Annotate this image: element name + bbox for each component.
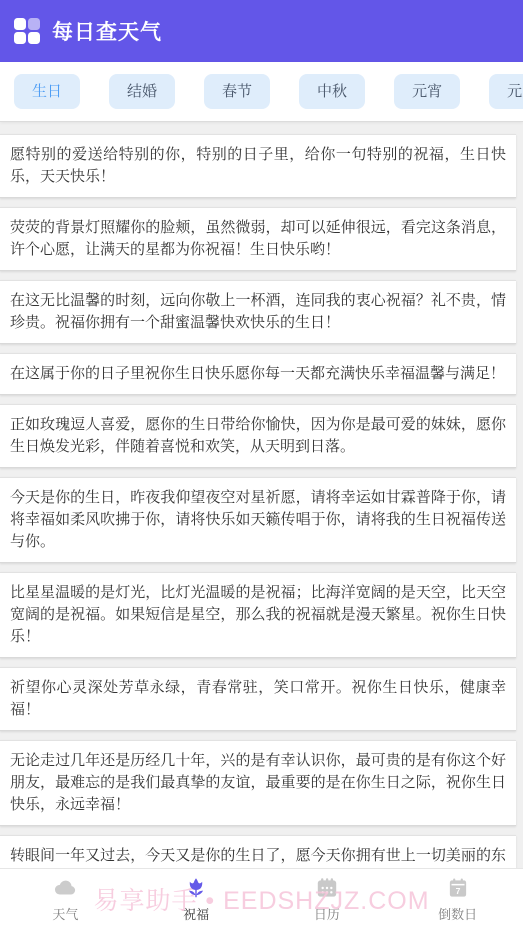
message-card[interactable]: 今天是你的生日，昨夜我仰望夜空对星祈愿，请将幸运如甘霖普降于你，请将幸福如柔风吹…	[0, 477, 516, 563]
message-card[interactable]: 转眼间一年又过去，今天又是你的生日了，愿今天你拥有世上一切美丽的东西，来年生日更…	[0, 835, 516, 868]
bottom-tab-bar: 天气 祝福	[0, 868, 523, 929]
message-card[interactable]: 愿特别的爱送给特别的你，特别的日子里，给你一句特别的祝福，生日快乐，天天快乐！	[0, 134, 516, 198]
message-text: 今天是你的生日，昨夜我仰望夜空对星祈愿，请将幸运如甘霖普降于你，请将幸福如柔风吹…	[10, 487, 506, 553]
message-card[interactable]: 在这属于你的日子里祝你生日快乐愿你每一天都充满快乐幸福温馨与满足！	[0, 353, 516, 395]
message-card[interactable]: 比星星温暖的是灯光，比灯光温暖的是祝福；比海洋宽阔的是天空，比天空宽阔的是祝福。…	[0, 572, 516, 658]
tab-weather[interactable]: 天气	[20, 875, 110, 923]
calendar-icon	[314, 875, 340, 901]
message-card[interactable]: 正如玫瑰逗人喜爱，愿你的生日带给你愉快，因为你是最可爱的妹妹，愿你生日焕发光彩，…	[0, 404, 516, 468]
message-card[interactable]: 祈望你心灵深处芳草永绿，青春常驻，笑口常开。祝你生日快乐，健康幸福！	[0, 667, 516, 731]
app-root: 每日查天气 生日 结婚 春节 中秋 元宵 元旦 愿特别的爱送给特别的你，特别的日…	[0, 0, 523, 929]
message-cards-container: 愿特别的爱送给特别的你，特别的日子里，给你一句特别的祝福，生日快乐，天天快乐！ …	[0, 122, 523, 868]
tab-countdown[interactable]: 7 倒数日	[413, 875, 503, 923]
tulip-icon	[183, 875, 209, 901]
message-card[interactable]: 在这无比温馨的时刻，远向你敬上一杯酒，连同我的衷心祝福？礼不贵，情珍贵。祝福你拥…	[0, 280, 516, 344]
cloud-icon	[52, 875, 78, 901]
tab-label: 日历	[314, 904, 340, 923]
message-text: 转眼间一年又过去，今天又是你的生日了，愿今天你拥有世上一切美丽的东西，来年生日更…	[10, 845, 506, 868]
message-text: 比星星温暖的是灯光，比灯光温暖的是祝福；比海洋宽阔的是天空，比天空宽阔的是祝福。…	[10, 582, 506, 648]
message-list: 愿特别的爱送给特别的你，特别的日子里，给你一句特别的祝福，生日快乐，天天快乐！ …	[0, 122, 523, 868]
message-text: 在这无比温馨的时刻，远向你敬上一杯酒，连同我的衷心祝福？礼不贵，情珍贵。祝福你拥…	[10, 290, 506, 334]
message-text: 愿特别的爱送给特别的你，特别的日子里，给你一句特别的祝福，生日快乐，天天快乐！	[10, 144, 506, 188]
category-tab-lantern[interactable]: 元宵	[394, 74, 460, 109]
category-tab-birthday[interactable]: 生日	[14, 74, 80, 109]
tab-calendar[interactable]: 日历	[282, 875, 372, 923]
message-text: 无论走过几年还是历经几十年，兴的是有幸认识你，最可贵的是有你这个好朋友，最难忘的…	[10, 750, 506, 816]
tab-label: 天气	[52, 904, 78, 923]
message-text: 正如玫瑰逗人喜爱，愿你的生日带给你愉快，因为你是最可爱的妹妹，愿你生日焕发光彩，…	[10, 414, 506, 458]
message-text: 祈望你心灵深处芳草永绿，青春常驻，笑口常开。祝你生日快乐，健康幸福！	[10, 677, 506, 721]
app-title: 每日查天气	[52, 16, 162, 46]
category-tab-spring-festival[interactable]: 春节	[204, 74, 270, 109]
tab-blessings[interactable]: 祝福	[151, 875, 241, 923]
tab-label: 祝福	[183, 904, 209, 923]
countdown-calendar-icon: 7	[445, 875, 471, 901]
category-tab-new-year[interactable]: 元旦	[489, 74, 523, 109]
message-text: 在这属于你的日子里祝你生日快乐愿你每一天都充满快乐幸福温馨与满足！	[10, 363, 506, 385]
svg-text:7: 7	[455, 886, 460, 896]
message-text: 荧荧的背景灯照耀你的脸颊，虽然微弱，却可以延伸很远，看完这条消息，许个心愿，让满…	[10, 217, 506, 261]
tab-label: 倒数日	[438, 904, 477, 923]
message-card[interactable]: 无论走过几年还是历经几十年，兴的是有幸认识你，最可贵的是有你这个好朋友，最难忘的…	[0, 740, 516, 826]
app-logo-icon	[14, 18, 40, 44]
app-header: 每日查天气	[0, 0, 523, 62]
category-tab-mid-autumn[interactable]: 中秋	[299, 74, 365, 109]
category-tabs: 生日 结婚 春节 中秋 元宵 元旦	[0, 62, 523, 122]
category-tab-wedding[interactable]: 结婚	[109, 74, 175, 109]
message-card[interactable]: 荧荧的背景灯照耀你的脸颊，虽然微弱，却可以延伸很远，看完这条消息，许个心愿，让满…	[0, 207, 516, 271]
